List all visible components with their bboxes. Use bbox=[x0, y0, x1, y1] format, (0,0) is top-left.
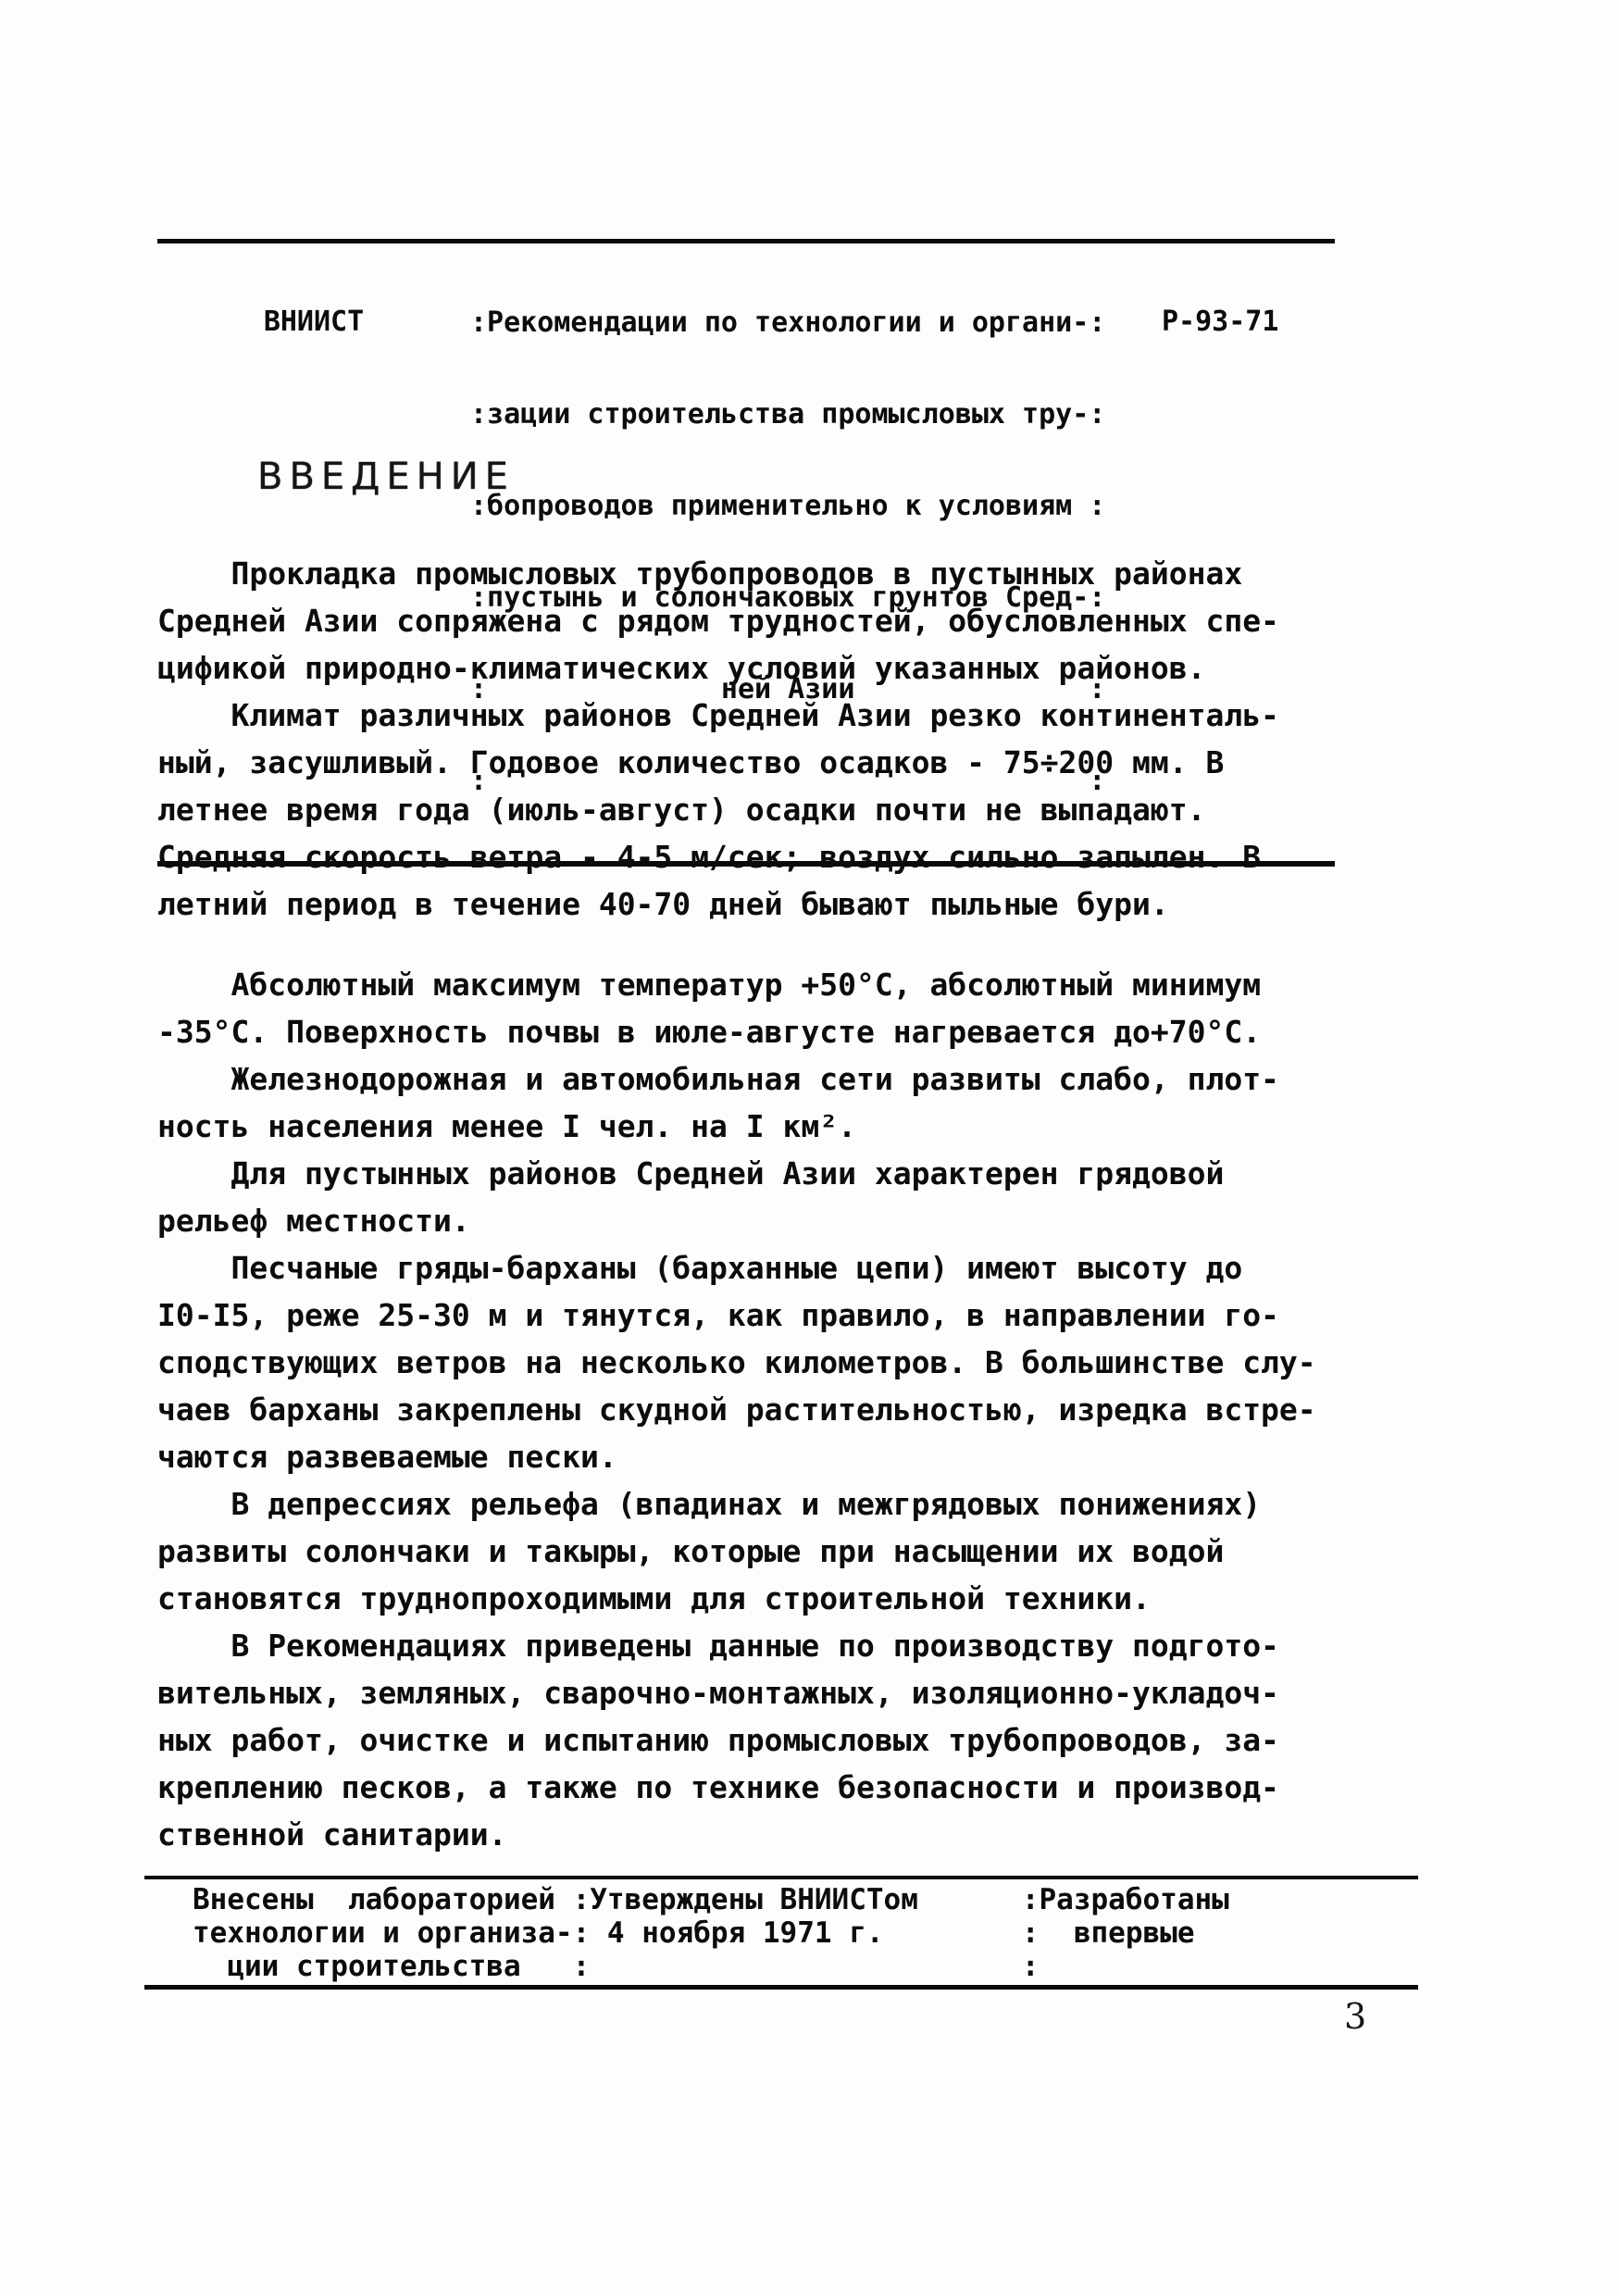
body-line: летний период в течение 40-70 дней бываю… bbox=[157, 880, 1481, 928]
footer-line: технологии и организа-: 4 ноября 1971 г.… bbox=[193, 1916, 1418, 1950]
header-organization: ВНИИСТ bbox=[157, 243, 470, 337]
body-line: Средняя скорость ветра - 4-5 м/сек; возд… bbox=[157, 833, 1481, 880]
body-line: Средней Азии сопряжена с рядом трудносте… bbox=[157, 597, 1481, 644]
header-title-line: :бопроводов применительно к условиям : bbox=[470, 491, 1105, 521]
header-title-line: :зации строительства промысловых тру-: bbox=[470, 399, 1105, 430]
body-line: Для пустынных районов Средней Азии харак… bbox=[157, 1150, 1481, 1197]
body-line: сподствующих ветров на несколько километ… bbox=[157, 1339, 1481, 1386]
body-line: становятся труднопроходимыми для строите… bbox=[157, 1575, 1481, 1622]
introduction-title: ВВЕДЕНИЕ bbox=[257, 455, 515, 498]
body-line: В депрессиях рельефа (впадинах и межгряд… bbox=[157, 1480, 1481, 1528]
body-line: I0-I5, реже 25-30 м и тянутся, как прави… bbox=[157, 1291, 1481, 1339]
body-line: ность населения менее I чел. на I км². bbox=[157, 1103, 1481, 1150]
body-line: развиты солончаки и такыры, которые при … bbox=[157, 1528, 1481, 1575]
body-line: летнее время года (июль-август) осадки п… bbox=[157, 786, 1481, 833]
body-line: Климат различных районов Средней Азии ре… bbox=[157, 692, 1481, 739]
body-line: ный, засушливый. Годовое количество осад… bbox=[157, 739, 1481, 786]
footer-line: Внесены лабораторией :Утверждены ВНИИСТо… bbox=[193, 1883, 1418, 1916]
body-line: цификой природно-климатических условий у… bbox=[157, 644, 1481, 692]
body-line: Железнодорожная и автомобильная сети раз… bbox=[157, 1055, 1481, 1103]
body-line: -35°С. Поверхность почвы в июле-августе … bbox=[157, 1008, 1481, 1055]
body-line: вительных, земляных, сварочно-монтажных,… bbox=[157, 1669, 1481, 1716]
header-document-code: Р-93-71 bbox=[1105, 243, 1335, 337]
footer-table: Внесены лабораторией :Утверждены ВНИИСТо… bbox=[144, 1876, 1418, 1990]
body-line: В Рекомендациях приведены данные по прои… bbox=[157, 1622, 1481, 1669]
body-line: Песчаные гряды-барханы (барханные цепи) … bbox=[157, 1244, 1481, 1291]
body-line: рельеф местности. bbox=[157, 1197, 1481, 1244]
body-line: Абсолютный максимум температур +50°С, аб… bbox=[157, 961, 1481, 1008]
body-line: чаются развеваемые пески. bbox=[157, 1433, 1481, 1480]
page-number: 3 bbox=[1344, 1996, 1366, 2037]
body-line: ных работ, очистке и испытанию промыслов… bbox=[157, 1716, 1481, 1764]
body-line: чаев барханы закреплены скудной растител… bbox=[157, 1386, 1481, 1433]
body-line: Прокладка промысловых трубопроводов в пу… bbox=[157, 550, 1481, 597]
footer-line: ции строительства : : bbox=[193, 1950, 1418, 1983]
body-line: ственной санитарии. bbox=[157, 1811, 1481, 1858]
header-title-line: :Рекомендации по технологии и органи-: bbox=[470, 307, 1105, 338]
body-text: Прокладка промысловых трубопроводов в пу… bbox=[157, 550, 1481, 1858]
body-line: креплению песков, а также по технике без… bbox=[157, 1764, 1481, 1811]
document-page: ВНИИСТ :Рекомендации по технологии и орг… bbox=[0, 0, 1619, 2296]
